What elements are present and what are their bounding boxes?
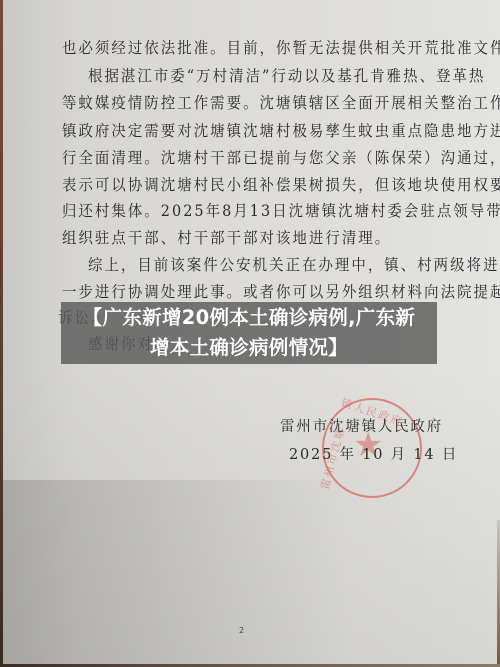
doc-line: 归还村集体。2025年8月13日沈塘镇沈塘村委会驻点领导带队， bbox=[62, 201, 500, 221]
overlay-title-line-2: 增本土确诊病例情况】 bbox=[61, 333, 437, 363]
overlay-title: 【广东新增20例本土确诊病例,广东新 增本土确诊病例情况】 bbox=[61, 303, 437, 363]
doc-line: 也必须经过依法批准。目前，你暂无法提供相关开荒批准文件。 bbox=[62, 38, 500, 58]
doc-line: 表示可以协调沈塘村民小组补偿果树损失，但该地块使用权要 bbox=[62, 175, 500, 195]
doc-line: 综上，目前该案件公安机关正在办理中，镇、村两级将进 bbox=[88, 255, 500, 275]
doc-line: 行全面清理。沈塘村干部已提前与您父亲（陈保荣）沟通过， bbox=[62, 148, 500, 168]
overlay-title-line-1: 【广东新增20例本土确诊病例,广东新 bbox=[61, 303, 437, 333]
signature-date: 2025 年 10 月 14 日 bbox=[289, 443, 458, 464]
doc-line: 等蚊媒疫情防控工作需要。沈塘镇辖区全面开展相关整治工作， bbox=[62, 93, 500, 113]
page-number: 2 bbox=[239, 626, 244, 635]
doc-line: 镇政府决定需要对沈塘镇沈塘村极易孳生蚊虫重点隐患地方进 bbox=[62, 121, 500, 141]
signature-org: 雷州市沈塘镇人民政府 bbox=[280, 415, 443, 436]
shadow bbox=[0, 480, 500, 667]
table-edge-left bbox=[0, 0, 3, 667]
doc-line: 组织驻点干部、村干部干部对该地进行清理。 bbox=[62, 228, 391, 248]
doc-line: 根据湛江市委“万村清洁”行动以及基孔肯雅热、登革热 bbox=[88, 66, 485, 86]
doc-line: 一步进行协调处理此事。或者你可以另外组织材料向法院提起 bbox=[62, 282, 500, 302]
